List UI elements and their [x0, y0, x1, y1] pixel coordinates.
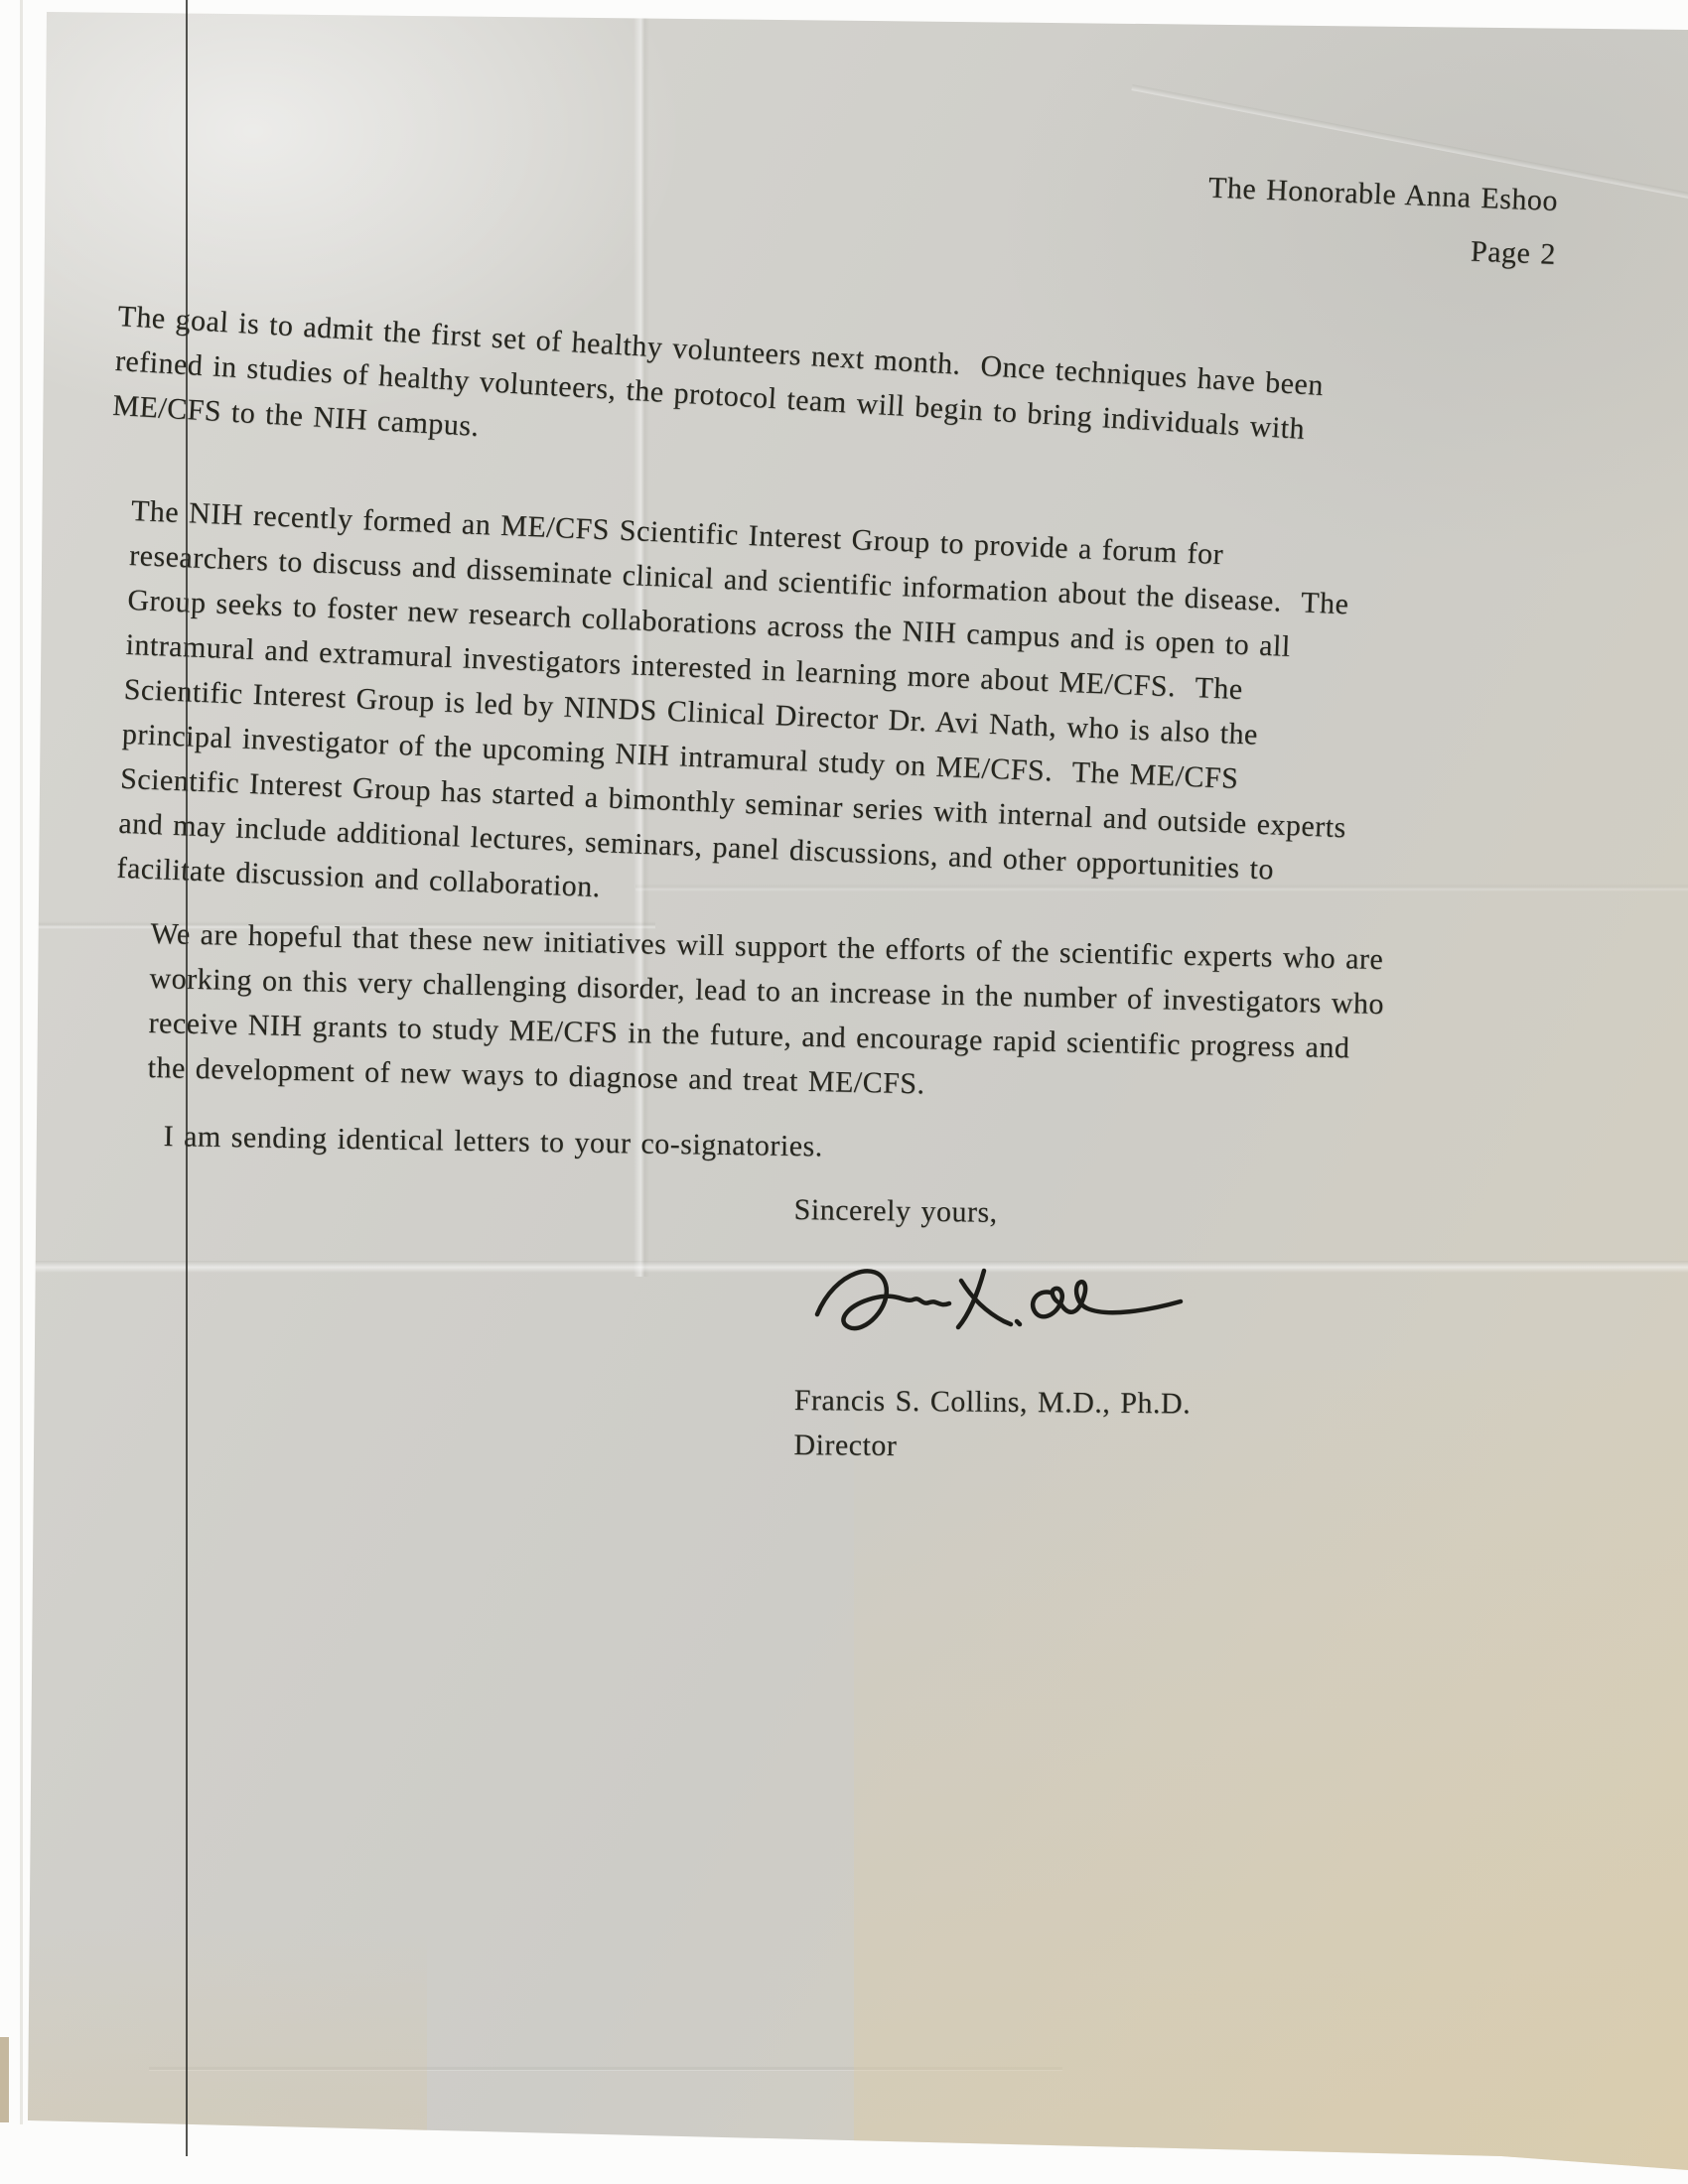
scan-margin-line [20, 0, 23, 2124]
signer-title: Director [793, 1423, 1191, 1470]
valediction: Sincerely yours, [793, 1187, 998, 1235]
signature-francis-collins [809, 1249, 1196, 1363]
lighting-warm-tint-bottom-right [854, 1370, 1688, 2174]
signer-name: Francis S. Collins, M.D., Ph.D. [794, 1378, 1192, 1426]
paragraph-3: We are hopeful that these new initiative… [147, 911, 1385, 1116]
lighting-warm-tint-bottom-left [0, 1926, 427, 2184]
paragraph-2: The NIH recently formed an ME/CFS Scient… [116, 488, 1358, 939]
scan-artifact-line [186, 0, 188, 2156]
page-edge-shadow [0, 2037, 9, 2122]
fold-crease-horizontal-bottom [149, 2067, 1062, 2071]
scanned-letter-photo: { "letter": { "header": { "recipient": "… [0, 0, 1688, 2184]
page-header: The Honorable Anna Eshoo Page 2 [1049, 155, 1559, 281]
signature-block: Francis S. Collins, M.D., Ph.D. Director [793, 1378, 1191, 1470]
